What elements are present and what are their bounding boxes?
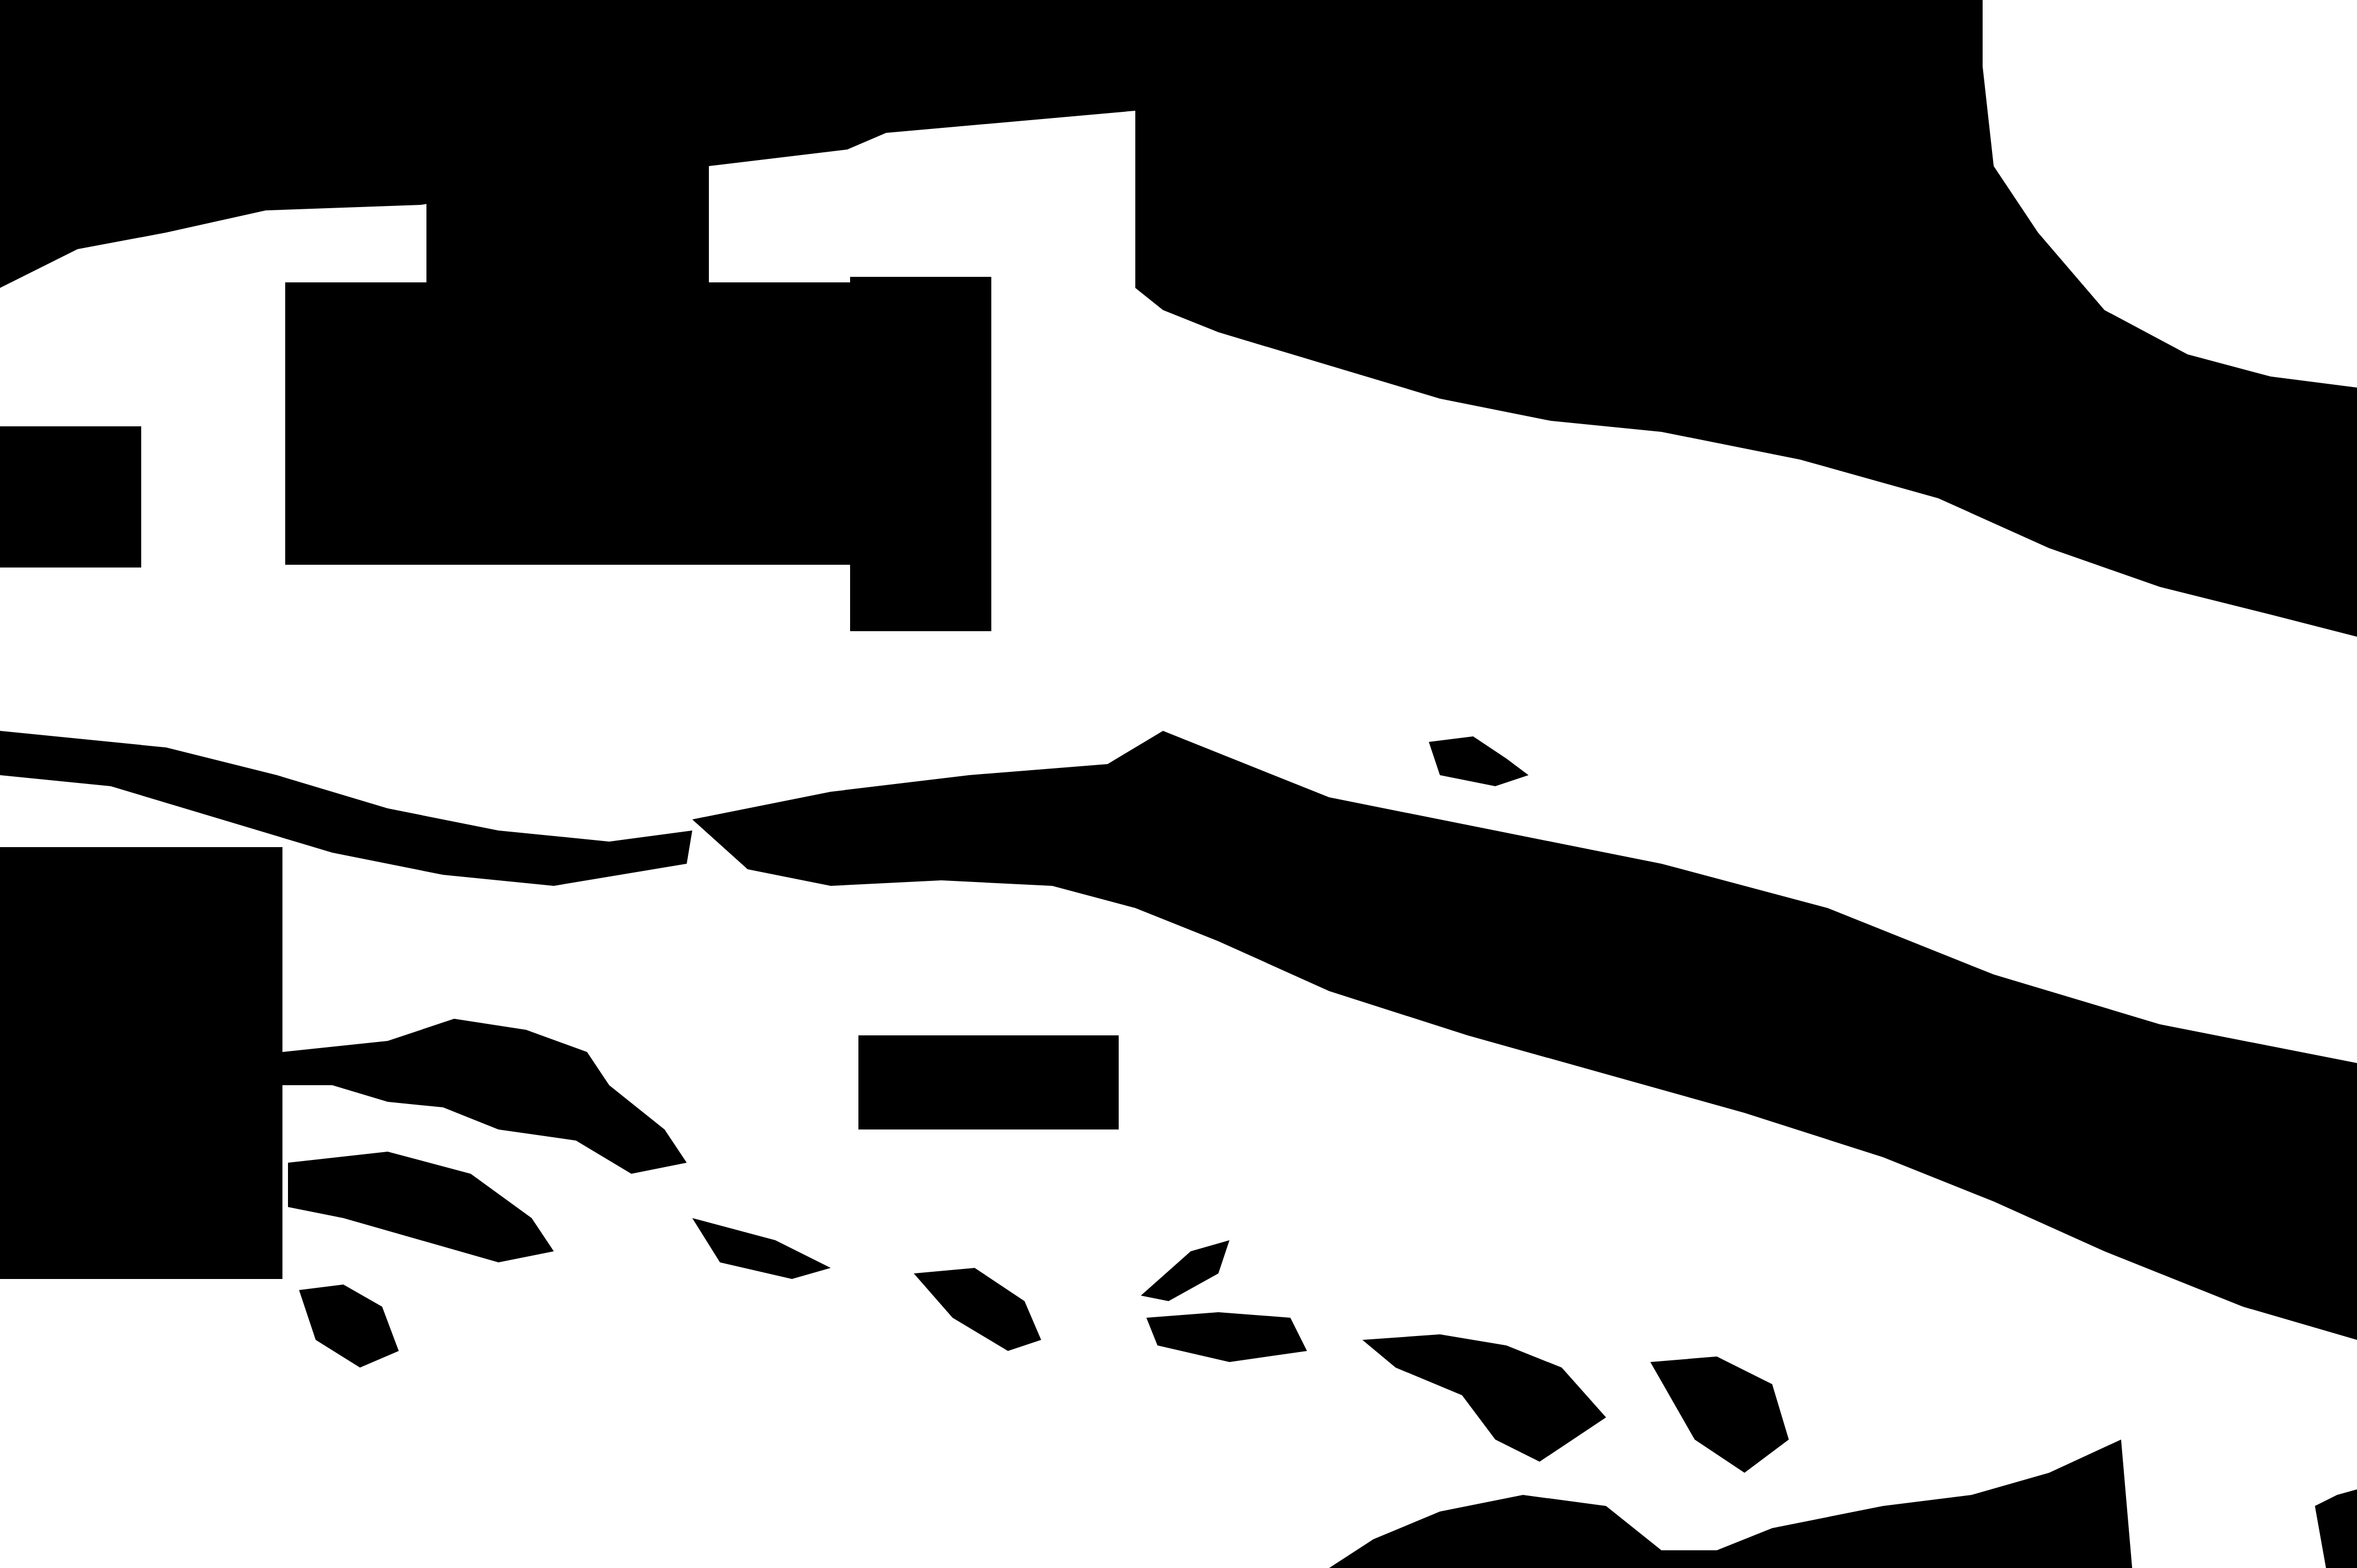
block-patch	[0, 847, 282, 1279]
block-patch	[426, 105, 709, 288]
dark-blotch	[1146, 1312, 1307, 1362]
dark-blotch	[2315, 1489, 2357, 1568]
landscape-shapes	[0, 0, 2357, 1568]
dark-blotch	[288, 1152, 554, 1262]
upper-right-dark-region	[1135, 0, 2357, 637]
dark-blotch	[914, 1268, 1041, 1351]
dark-blotch	[1141, 1240, 1229, 1301]
block-patch	[285, 282, 850, 565]
block-patch	[858, 1035, 1119, 1129]
dark-blotch	[299, 1285, 399, 1368]
dark-blotch	[692, 1218, 831, 1279]
dark-blotch	[1362, 1334, 1606, 1462]
dark-blotch	[1650, 1356, 1789, 1473]
block-patch	[850, 277, 991, 631]
binarized-landscape-image	[0, 0, 2357, 1568]
block-patch	[0, 426, 141, 568]
dark-blotch	[1429, 736, 1529, 786]
dark-blotch	[282, 1019, 687, 1174]
